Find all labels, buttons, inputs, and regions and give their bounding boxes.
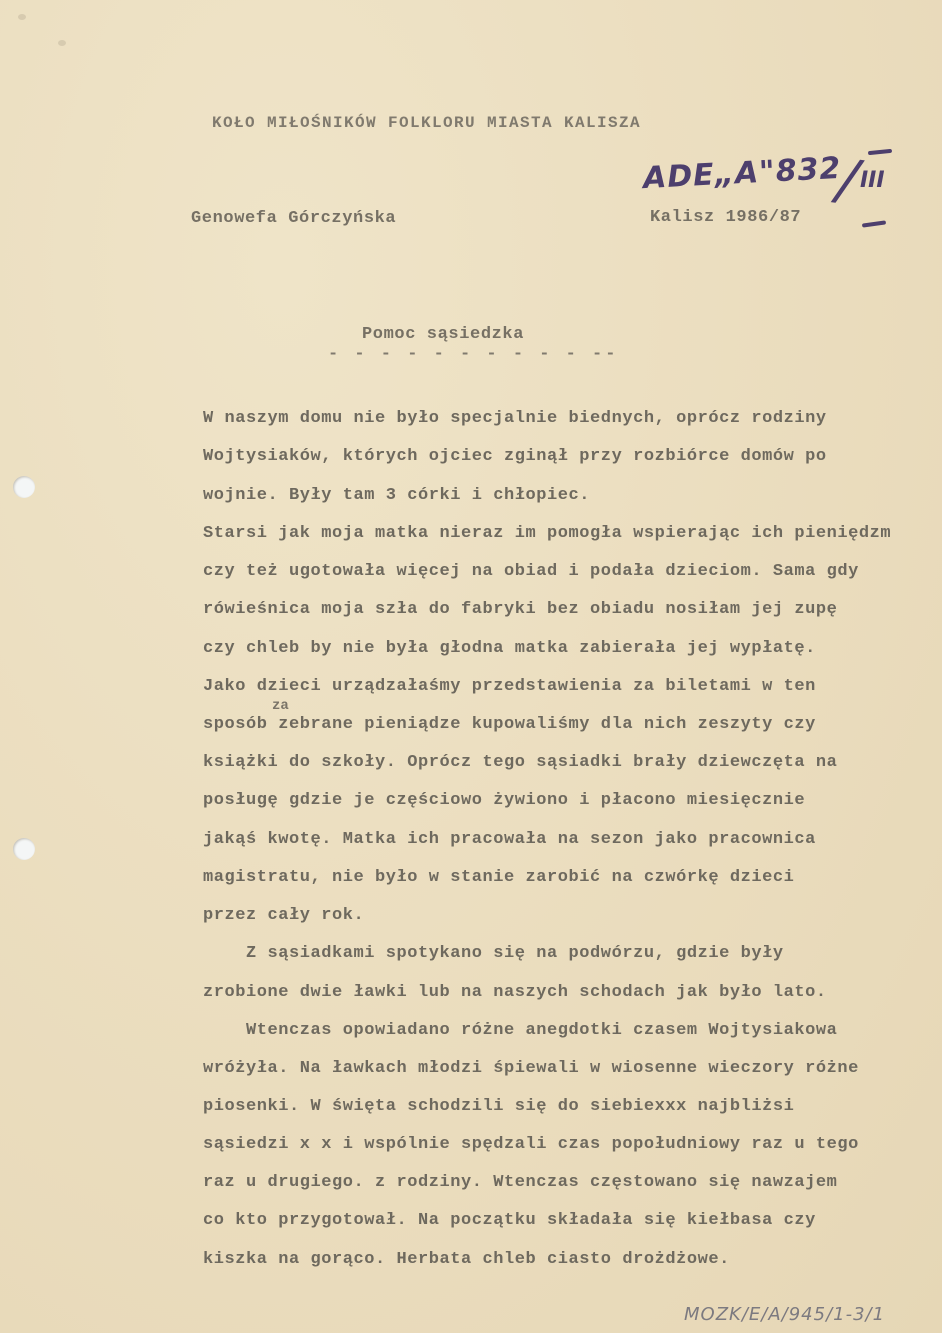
text-line: Wtenczas opowiadano różne anegdotki czas… [203, 1021, 837, 1040]
text-line: kiszka na gorąco. Herbata chleb ciasto d… [203, 1250, 730, 1269]
text-line: co kto przygotował. Na początku składała… [203, 1211, 816, 1230]
text-line: Z sąsiadkami spotykano się na podwórzu, … [203, 944, 784, 963]
text-line: Jako dzieci urządzałaśmy przedstawienia … [203, 677, 816, 696]
text-line: sposób zebrane pieniądze kupowaliśmy dla… [203, 715, 816, 734]
text-line: W naszym domu nie było specjalnie biedny… [203, 409, 827, 428]
author-name: Genowefa Górczyńska [191, 209, 396, 228]
text-line: piosenki. W święta schodzili się do sieb… [203, 1097, 794, 1116]
organization-header: KOŁO MIŁOŚNIKÓW FOLKLORU MIASTA KALISZA [212, 114, 641, 132]
document-title: Pomoc sąsiedzka [362, 325, 524, 344]
punch-hole-upper [13, 476, 35, 498]
archive-signature: MOZK/E/A/945/1-3/1 [684, 1304, 885, 1325]
handwritten-overline [868, 149, 892, 155]
text-line: czy chleb by nie była głodna matka zabie… [203, 639, 816, 658]
text-line: rówieśnica moja szła do fabryki bez obia… [203, 600, 837, 619]
text-line: sąsiedzi x x i wspólnie spędzali czas po… [203, 1135, 859, 1154]
text-line: Starsi jak moja matka nieraz im pomogła … [203, 524, 891, 543]
text-line: książki do szkoły. Oprócz tego sąsiadki … [203, 753, 837, 772]
text-line: zrobione dwie ławki lub na naszych schod… [203, 983, 827, 1002]
place-date: Kalisz 1986/87 [650, 208, 801, 227]
handwritten-roman-numeral: III [860, 168, 885, 193]
text-line: Wojtysiaków, których ojciec zginął przy … [203, 447, 827, 466]
inserted-word: za [272, 698, 289, 714]
punch-hole-lower [13, 838, 35, 860]
handwritten-archive-stamp: ADE„A"832 [642, 151, 842, 196]
text-line: czy też ugotowała więcej na obiad i poda… [203, 562, 859, 581]
text-line: magistratu, nie było w stanie zarobić na… [203, 868, 794, 887]
text-line: przez cały rok. [203, 906, 364, 925]
paper-stain [18, 14, 26, 20]
text-line: wojnie. Były tam 3 córki i chłopiec. [203, 486, 590, 505]
text-line: posługę gdzie je częściowo żywiono i pła… [203, 791, 805, 810]
paper-stain [58, 40, 66, 46]
text-line: raz u drugiego. z rodziny. Wtenczas częs… [203, 1173, 837, 1192]
text-line: wróżyła. Na ławkach młodzi śpiewali w wi… [203, 1059, 859, 1078]
text-line: jakąś kwotę. Matka ich pracowała na sezo… [203, 830, 816, 849]
title-underline: - - - - - - - - - - -- [328, 345, 618, 364]
handwritten-underline [862, 220, 886, 227]
